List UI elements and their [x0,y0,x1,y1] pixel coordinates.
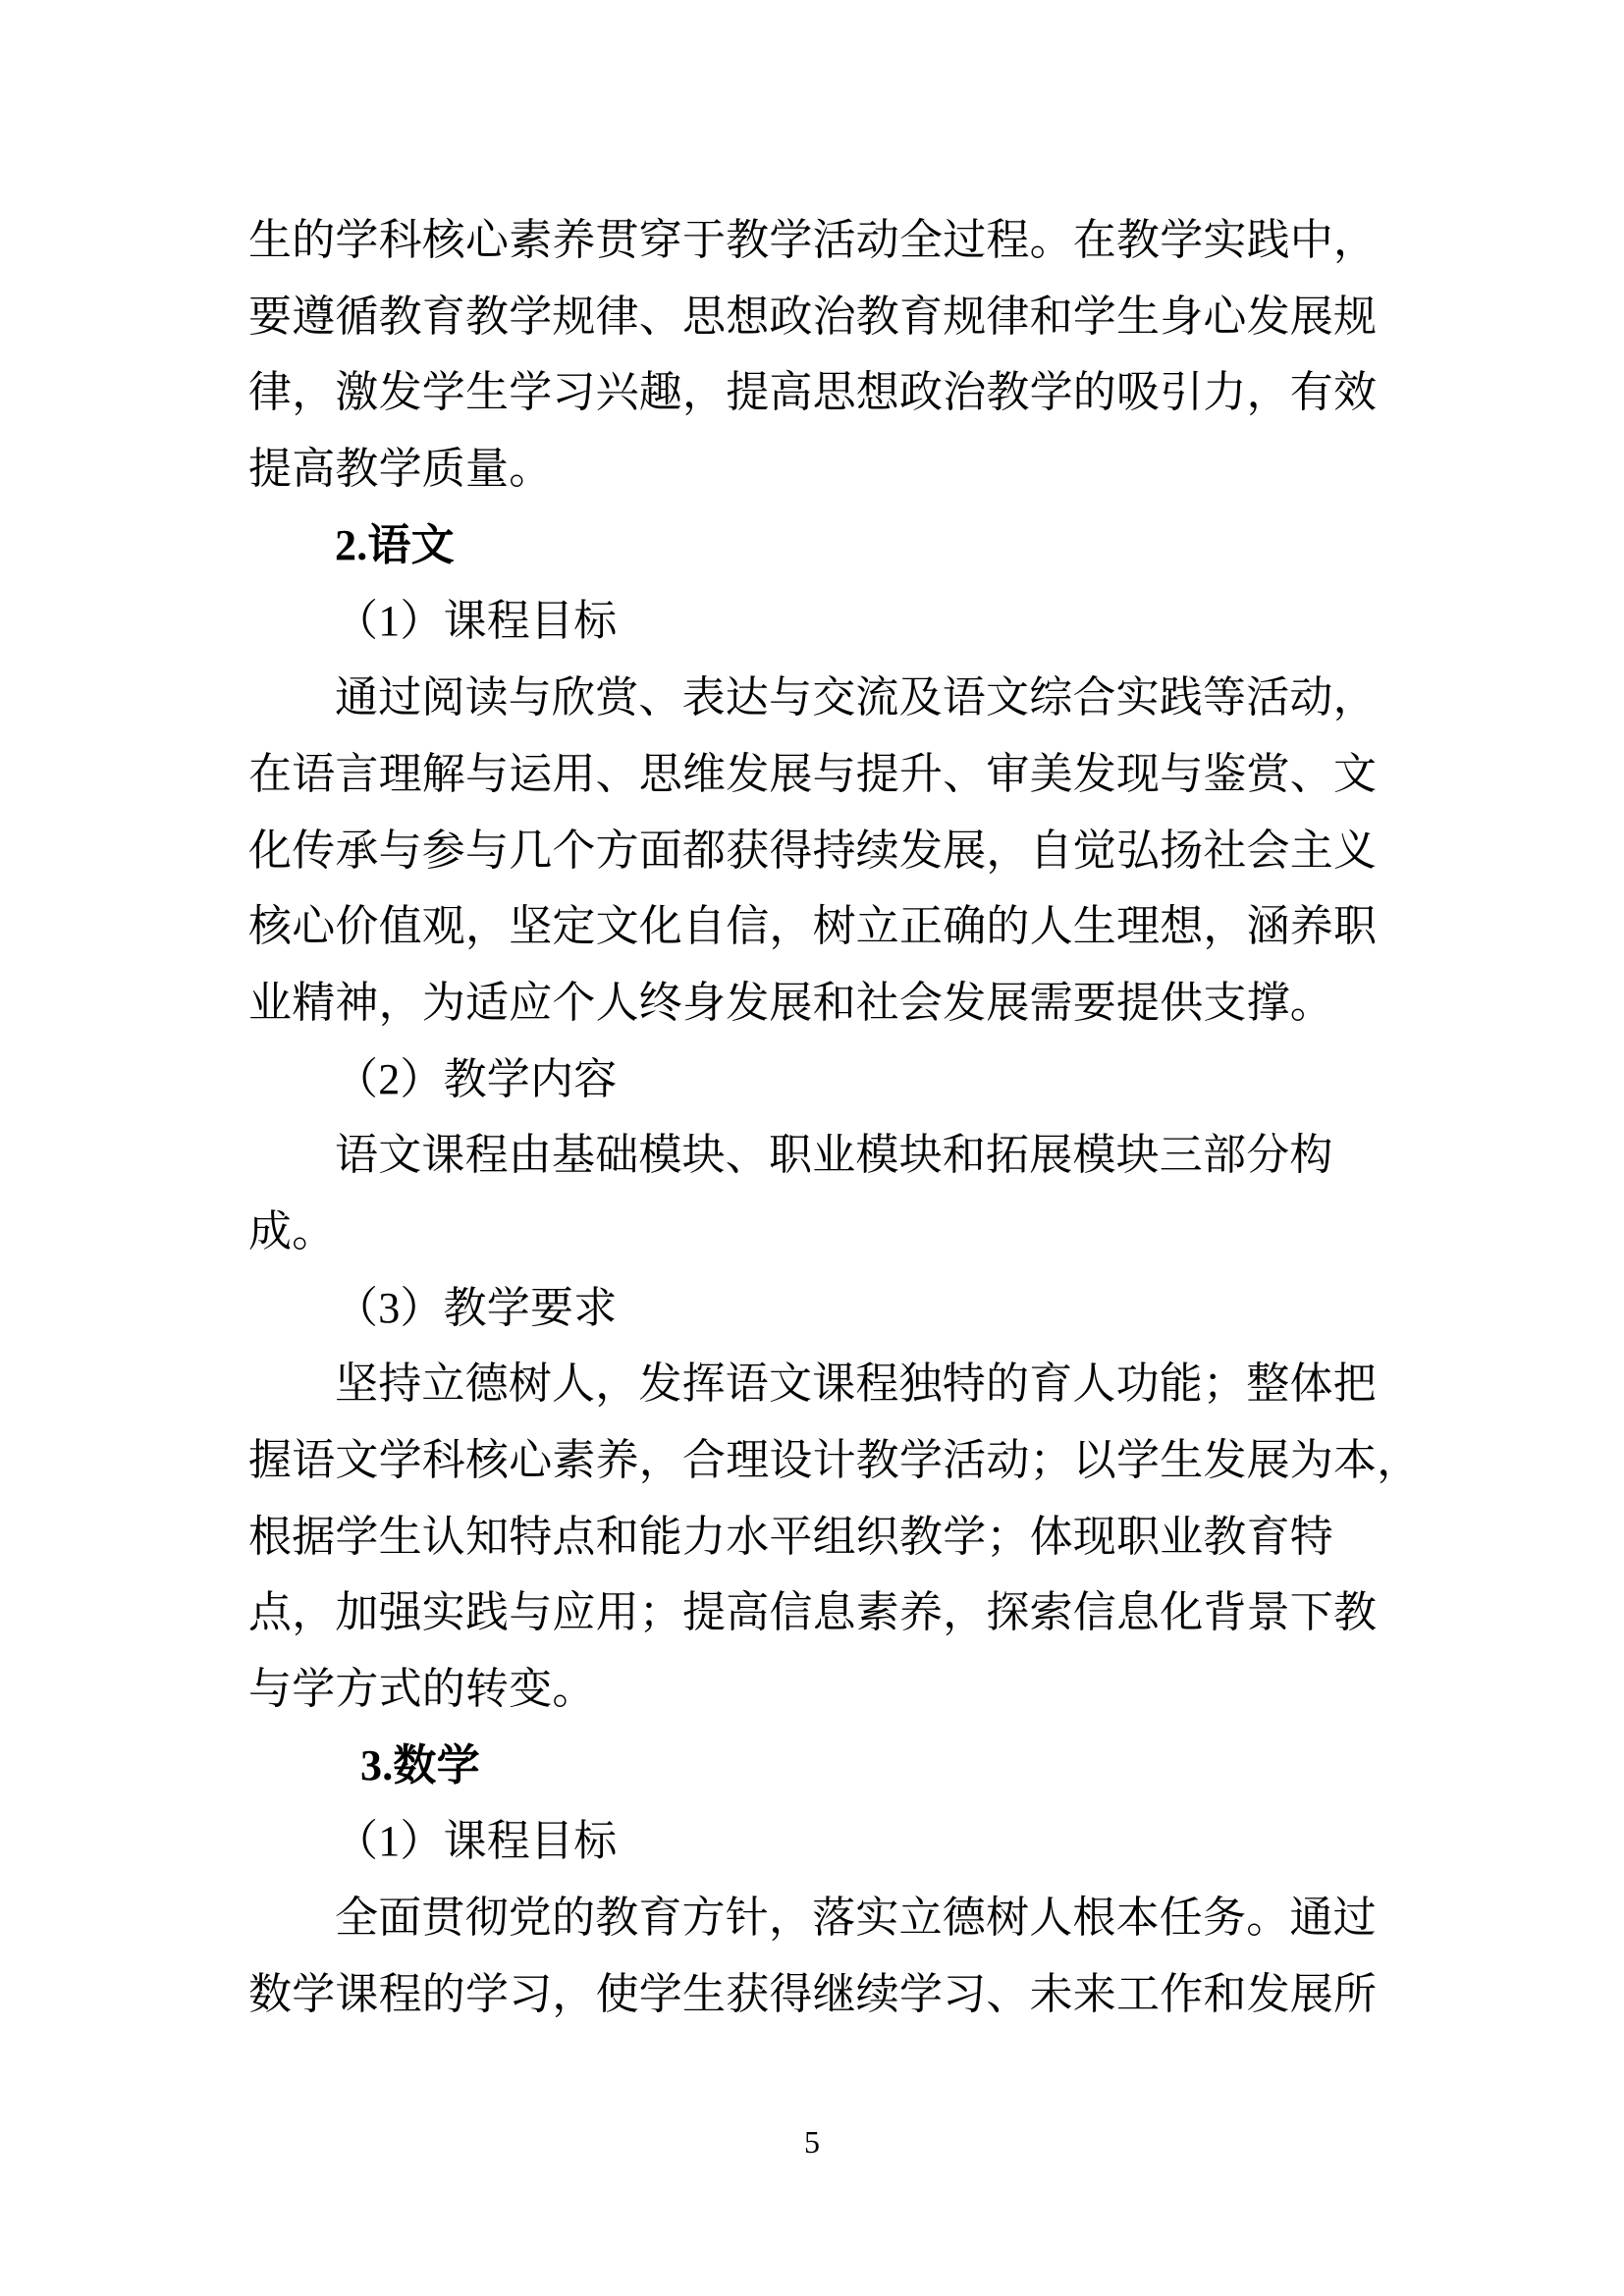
subsection-heading: （2）教学内容 [248,1041,1378,1118]
text-line: 与学方式的转变。 [248,1651,1378,1728]
text-line: 通过阅读与欣赏、表达与交流及语文综合实践等活动， [248,660,1378,736]
text-line: 提高教学质量。 [248,431,1378,507]
text-line: 业精神，为适应个人终身发展和社会发展需要提供支撑。 [248,965,1378,1041]
text-line: 在语言理解与运用、思维发展与提升、审美发现与鉴赏、文 [248,736,1378,813]
text-line: 握语文学科核心素养，合理设计教学活动；以学生发展为本， [248,1422,1378,1499]
section-heading-math: 3.数学 [248,1728,1378,1804]
text-line: 律，激发学生学习兴趣，提高思想政治教学的吸引力，有效 [248,354,1378,431]
text-line: 根据学生认知特点和能力水平组织教学；体现职业教育特 [248,1499,1378,1575]
document-page: 生的学科核心素养贯穿于教学活动全过程。在教学实践中， 要遵循教育教学规律、思想政… [0,0,1624,2296]
section-heading-chinese: 2.语文 [248,507,1378,584]
subsection-heading: （1）课程目标 [248,583,1378,660]
text-line: 数学课程的学习，使学生获得继续学习、未来工作和发展所 [248,1956,1378,2033]
text-line: 全面贯彻党的教育方针，落实立德树人根本任务。通过 [248,1880,1378,1956]
text-line: 语文课程由基础模块、职业模块和拓展模块三部分构 [248,1117,1378,1194]
text-line: 核心价值观，坚定文化自信，树立正确的人生理想，涵养职 [248,888,1378,965]
text-line: 生的学科核心素养贯穿于教学活动全过程。在教学实践中， [248,202,1378,279]
document-text-block: 生的学科核心素养贯穿于教学活动全过程。在教学实践中， 要遵循教育教学规律、思想政… [248,202,1378,2033]
text-line: 化传承与参与几个方面都获得持续发展，自觉弘扬社会主义 [248,813,1378,889]
page-number: 5 [0,2122,1624,2162]
text-line: 要遵循教育教学规律、思想政治教育规律和学生身心发展规 [248,279,1378,355]
subsection-heading: （1）课程目标 [248,1803,1378,1880]
subsection-heading: （3）教学要求 [248,1270,1378,1347]
text-line: 坚持立德树人，发挥语文课程独特的育人功能；整体把 [248,1346,1378,1422]
text-line: 点，加强实践与应用；提高信息素养，探索信息化背景下教 [248,1575,1378,1651]
text-line: 成。 [248,1194,1378,1270]
